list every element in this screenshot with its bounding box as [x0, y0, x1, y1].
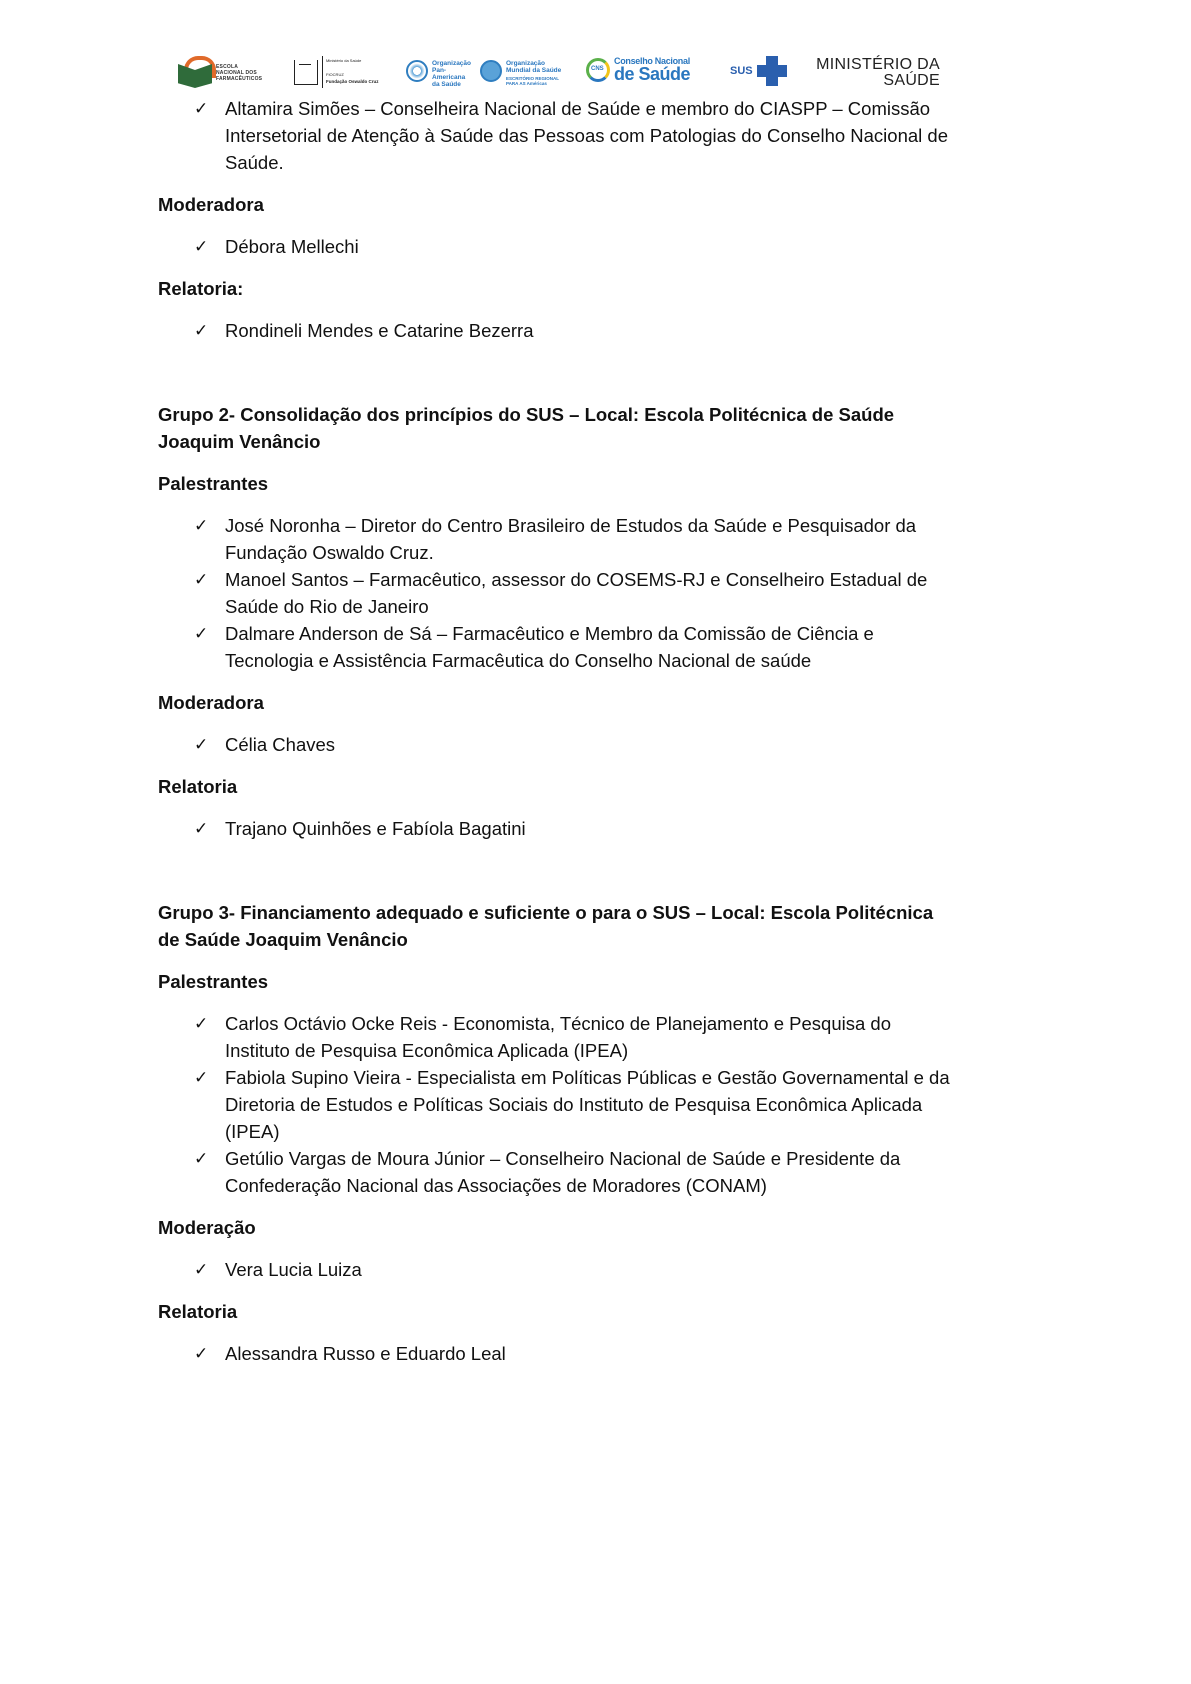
- checkmark-icon: ✓: [194, 620, 208, 647]
- checkmark-icon: ✓: [194, 233, 208, 260]
- checkmark-icon: ✓: [194, 317, 208, 344]
- list-item: ✓Carlos Octávio Ocke Reis - Economista, …: [158, 1010, 958, 1064]
- list-item: ✓Getúlio Vargas de Moura Júnior – Consel…: [158, 1145, 958, 1199]
- list-item: ✓Célia Chaves: [158, 731, 958, 758]
- group-2-title: Grupo 2- Consolidação dos princípios do …: [158, 401, 958, 455]
- list-item: ✓José Noronha – Diretor do Centro Brasil…: [158, 512, 958, 566]
- logo-opas: Organização Pan-Americana da Saúde: [406, 52, 478, 98]
- list-item: ✓Débora Mellechi: [158, 233, 958, 260]
- checkmark-icon: ✓: [194, 1256, 208, 1283]
- section-label-relatoria: Relatoria: [158, 1298, 958, 1325]
- section-label-palestrantes: Palestrantes: [158, 968, 958, 995]
- checkmark-icon: ✓: [194, 95, 208, 122]
- section-label-moderacao: Moderação: [158, 1214, 958, 1241]
- list-item: ✓Dalmare Anderson de Sá – Farmacêutico e…: [158, 620, 958, 674]
- checkmark-icon: ✓: [194, 731, 208, 758]
- list-item: ✓Fabiola Supino Vieira - Especialista em…: [158, 1064, 958, 1145]
- checkmark-icon: ✓: [194, 512, 208, 539]
- list-item: ✓Rondineli Mendes e Catarine Bezerra: [158, 317, 958, 344]
- cns-ring-icon: CNS: [586, 58, 610, 82]
- castle-icon: [294, 60, 318, 85]
- list-item: ✓Alessandra Russo e Eduardo Leal: [158, 1340, 958, 1367]
- section-label-palestrantes: Palestrantes: [158, 470, 958, 497]
- section-label-moderadora: Moderadora: [158, 191, 958, 218]
- section-label-moderadora: Moderadora: [158, 689, 958, 716]
- globe-icon: [406, 60, 428, 82]
- logo-fiocruz: Ministério da Saúde FIOCRUZ Fundação Osw…: [294, 52, 394, 98]
- group-3-title: Grupo 3- Financiamento adequado e sufici…: [158, 899, 958, 953]
- logo-conselho-nacional-saude: CNS Conselho Nacional de Saúde: [586, 52, 706, 98]
- list-item: ✓Altamira Simões – Conselheira Nacional …: [158, 95, 958, 176]
- logo-oms: Organização Mundial da Saúde ESCRITÓRIO …: [480, 52, 565, 98]
- list-item: ✓Manoel Santos – Farmacêutico, assessor …: [158, 566, 958, 620]
- checkmark-icon: ✓: [194, 815, 208, 842]
- list-item: ✓Trajano Quinhões e Fabíola Bagatini: [158, 815, 958, 842]
- speaker-list: ✓José Noronha – Diretor do Centro Brasil…: [158, 512, 958, 674]
- speaker-list: ✓Altamira Simões – Conselheira Nacional …: [158, 95, 958, 176]
- checkmark-icon: ✓: [194, 1145, 208, 1172]
- logo-ministerio-saude: MINISTÉRIO DA SAÚDE: [810, 52, 940, 98]
- checkmark-icon: ✓: [194, 1010, 208, 1037]
- checkmark-icon: ✓: [194, 1340, 208, 1367]
- speaker-list: ✓Carlos Octávio Ocke Reis - Economista, …: [158, 1010, 958, 1199]
- section-label-relatoria: Relatoria: [158, 773, 958, 800]
- logo-sus: SUS: [730, 52, 790, 98]
- section-label-relatoria: Relatoria:: [158, 275, 958, 302]
- document-body: ✓Altamira Simões – Conselheira Nacional …: [158, 95, 958, 1367]
- logo-escola-nacional-farmaceuticos: ESCOLA NACIONAL DOS FARMACÊUTICOS: [178, 52, 268, 98]
- checkmark-icon: ✓: [194, 1064, 208, 1091]
- who-emblem-icon: [480, 60, 502, 82]
- list-item: ✓Vera Lucia Luiza: [158, 1256, 958, 1283]
- checkmark-icon: ✓: [194, 566, 208, 593]
